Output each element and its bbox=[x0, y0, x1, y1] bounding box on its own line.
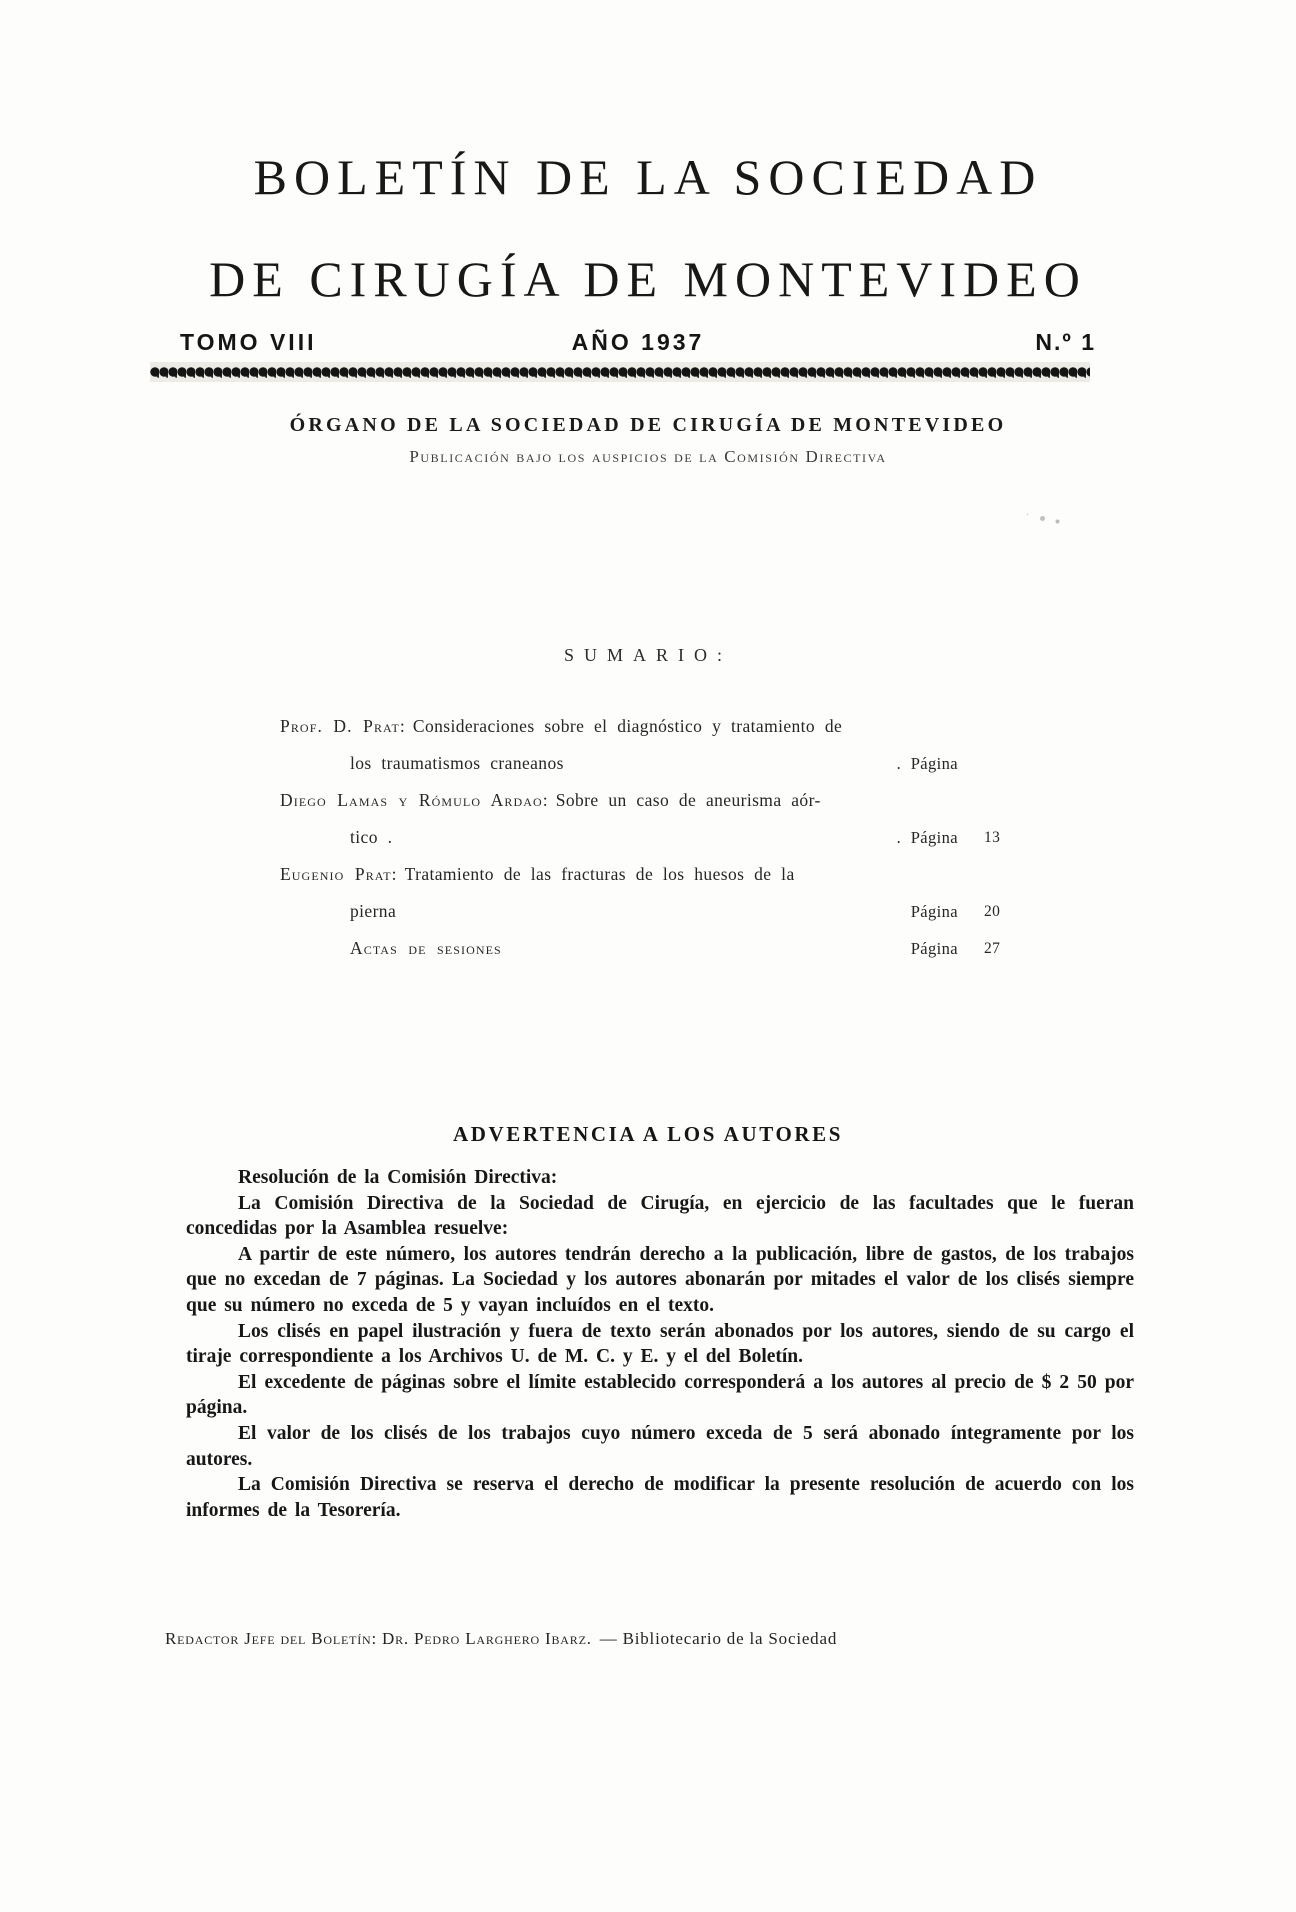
sumario-list: Prof. D. Prat:Consideraciones sobre el d… bbox=[280, 708, 1014, 967]
entry-page-number: 27 bbox=[984, 930, 1014, 967]
entry-page-cell: . Página bbox=[897, 745, 1014, 782]
advertencia-body: Resolución de la Comisión Directiva: La … bbox=[186, 1165, 1134, 1523]
entry-page-label: . Página bbox=[897, 819, 958, 856]
entry-page-number bbox=[984, 745, 1014, 782]
entry-author: Prof. D. Prat: bbox=[280, 716, 406, 736]
entry-continuation-line: los traumatismos craneanos . Página bbox=[280, 745, 1014, 782]
entry-author: Diego Lamas y Rómulo Ardao: bbox=[280, 790, 549, 810]
entry-title-start: Consideraciones sobre el diagnóstico y t… bbox=[413, 716, 842, 736]
sumario-entry: Diego Lamas y Rómulo Ardao:Sobre un caso… bbox=[280, 782, 1014, 856]
organo-subtitle: ÓRGANO DE LA SOCIEDAD DE CIRUGÍA DE MONT… bbox=[0, 414, 1296, 437]
entry-page-label: Página bbox=[911, 893, 958, 930]
entry-page-cell: Página 20 bbox=[911, 893, 1014, 930]
scan-artifact bbox=[1040, 516, 1045, 521]
bibliotecario-note: — Bibliotecario de la Sociedad bbox=[600, 1629, 837, 1648]
advertencia-paragraph: La Comisión Directiva de la Sociedad de … bbox=[186, 1191, 1134, 1242]
entry-title-line: Prof. D. Prat:Consideraciones sobre el d… bbox=[280, 708, 1014, 745]
entry-title-end: pierna bbox=[350, 893, 396, 930]
advertencia-paragraph: Resolución de la Comisión Directiva: bbox=[186, 1165, 1134, 1191]
entry-title-end: Actas de sesiones bbox=[350, 930, 502, 967]
redactor-name: Redactor Jefe del Boletín: Dr. Pedro Lar… bbox=[165, 1629, 592, 1648]
volume-info-row: TOMO VIII AÑO 1937 N.º 1 bbox=[180, 329, 1096, 361]
sumario-entry: Prof. D. Prat:Consideraciones sobre el d… bbox=[280, 708, 1014, 782]
entry-continuation-line: pierna Página 20 bbox=[280, 893, 1014, 930]
advertencia-heading: ADVERTENCIA A LOS AUTORES bbox=[0, 1122, 1296, 1147]
entry-author: Eugenio Prat: bbox=[280, 864, 398, 884]
sumario-heading: SUMARIO: bbox=[0, 645, 1296, 666]
entry-page-number: 20 bbox=[984, 893, 1014, 930]
entry-continuation-line: tico . . Página 13 bbox=[280, 819, 1014, 856]
advertencia-paragraph: La Comisión Directiva se reserva el dere… bbox=[186, 1472, 1134, 1523]
rope-pattern bbox=[150, 367, 1090, 378]
advertencia-paragraph: El valor de los clisés de los trabajos c… bbox=[186, 1421, 1134, 1472]
entry-page-label: Página bbox=[911, 930, 958, 967]
journal-title: BOLETÍN DE LA SOCIEDAD DE CIRUGÍA DE MON… bbox=[0, 126, 1296, 330]
entry-title-start: Tratamiento de las fracturas de los hues… bbox=[405, 864, 795, 884]
advertencia-paragraph: A partir de este número, los autores ten… bbox=[186, 1242, 1134, 1319]
entry-title-start: Sobre un caso de aneurisma aór- bbox=[556, 790, 821, 810]
publicacion-subtitle: Publicación bajo los auspicios de la Com… bbox=[0, 447, 1296, 467]
advertencia-paragraph: El excedente de páginas sobre el límite … bbox=[186, 1370, 1134, 1421]
journal-title-line1: BOLETÍN DE LA SOCIEDAD bbox=[0, 126, 1296, 228]
entry-page-cell: Página 27 bbox=[911, 930, 1014, 967]
sumario-entry: Eugenio Prat:Tratamiento de las fractura… bbox=[280, 856, 1014, 930]
entry-continuation-line: Actas de sesiones Página 27 bbox=[280, 930, 1014, 967]
tomo-label: TOMO VIII bbox=[180, 329, 316, 356]
entry-page-cell: . Página 13 bbox=[897, 819, 1014, 856]
journal-cover-page: BOLETÍN DE LA SOCIEDAD DE CIRUGÍA DE MON… bbox=[0, 0, 1296, 1912]
entry-page-label: . Página bbox=[897, 745, 958, 782]
entry-page-number: 13 bbox=[984, 819, 1014, 856]
advertencia-paragraph: Los clisés en papel ilustración y fuera … bbox=[186, 1319, 1134, 1370]
year-label: AÑO 1937 bbox=[572, 329, 705, 356]
redactor-footer: Redactor Jefe del Boletín: Dr. Pedro Lar… bbox=[165, 1629, 1140, 1649]
entry-title-end: los traumatismos craneanos bbox=[350, 745, 564, 782]
sumario-entry: Actas de sesiones Página 27 bbox=[280, 930, 1014, 967]
issue-number-label: N.º 1 bbox=[1035, 329, 1096, 356]
decorative-rope-rule bbox=[150, 362, 1090, 382]
journal-title-line2: DE CIRUGÍA DE MONTEVIDEO bbox=[0, 228, 1296, 330]
entry-title-line: Diego Lamas y Rómulo Ardao:Sobre un caso… bbox=[280, 782, 1014, 819]
entry-title-end: tico . bbox=[350, 819, 392, 856]
entry-title-line: Eugenio Prat:Tratamiento de las fractura… bbox=[280, 856, 1014, 893]
